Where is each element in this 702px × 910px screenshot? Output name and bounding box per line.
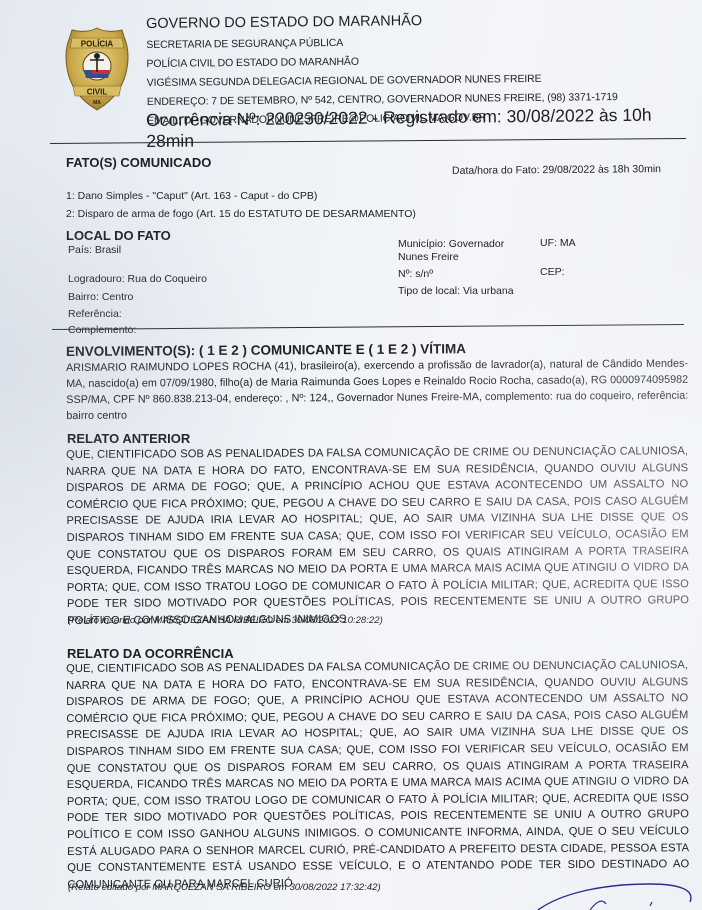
local-divider (52, 324, 684, 330)
police-report-document: POLÍCIA CIVIL MA GOVERNO DO ESTADO DO MA… (0, 0, 702, 910)
fatos-title: FATO(S) COMUNICADO (66, 155, 211, 170)
fato-item: 1: Dano Simples - "Caput" (Art. 163 - Ca… (66, 190, 317, 202)
svg-text:CIVIL: CIVIL (87, 88, 108, 97)
local-cep: CEP: (540, 266, 565, 278)
local-municipio: Município: Governador Nunes Freire (398, 238, 528, 264)
svg-text:MA: MA (93, 100, 101, 106)
fato-item: 2: Disparo de arma de fogo (Art. 15 do E… (66, 208, 416, 220)
policia-civil-badge-icon: POLÍCIA CIVIL MA (64, 26, 130, 112)
local-bairro: Bairro: Centro (68, 291, 133, 303)
government-name: GOVERNO DO ESTADO DO MARANHÃO (146, 10, 686, 32)
envolvimentos-body: ARISMARIO RAIMUNDO LOPES ROCHA (41), bra… (66, 356, 688, 424)
local-uf: UF: MA (540, 237, 576, 249)
relato-anterior-title: RELATO ANTERIOR (67, 431, 190, 446)
occurrence-number: Ocorrência Nº: 220230/2022 - Registrado … (146, 104, 702, 152)
local-referencia: Referência: (68, 308, 122, 320)
fato-datetime: Data/hora do Fato: 29/08/2022 às 18h 30m… (452, 163, 661, 177)
local-pais: País: Brasil (68, 244, 121, 256)
relato-ocorrencia-note: (Relato editado por MARQUEZAN SA RIBEIRO… (68, 882, 381, 893)
local-numero: Nº: s/nº (398, 268, 433, 280)
relato-ocorrencia-body: QUE, CIENTIFICADO SOB AS PENALIDADES DA … (66, 657, 689, 893)
handwritten-signature-icon (530, 880, 700, 910)
relato-anterior-body: QUE, CIENTIFICADO SOB AS PENALIDADES DA … (66, 443, 689, 629)
svg-text:POLÍCIA: POLÍCIA (81, 40, 114, 49)
local-complemento: Complemento: (68, 324, 136, 336)
local-logradouro: Logradouro: Rua do Coqueiro (68, 273, 207, 285)
relato-anterior-note: (Relato inserido por MARQUEZAN SA RIBEIR… (68, 615, 383, 626)
envolvimentos-title: ENVOLVIMENTO(S): ( 1 E 2 ) COMUNICANTE E… (66, 341, 466, 359)
relato-ocorrencia-title: RELATO DA OCORRÊNCIA (67, 646, 234, 661)
local-title: LOCAL DO FATO (66, 228, 171, 243)
local-tipo: Tipo de local: Via urbana (398, 285, 514, 297)
